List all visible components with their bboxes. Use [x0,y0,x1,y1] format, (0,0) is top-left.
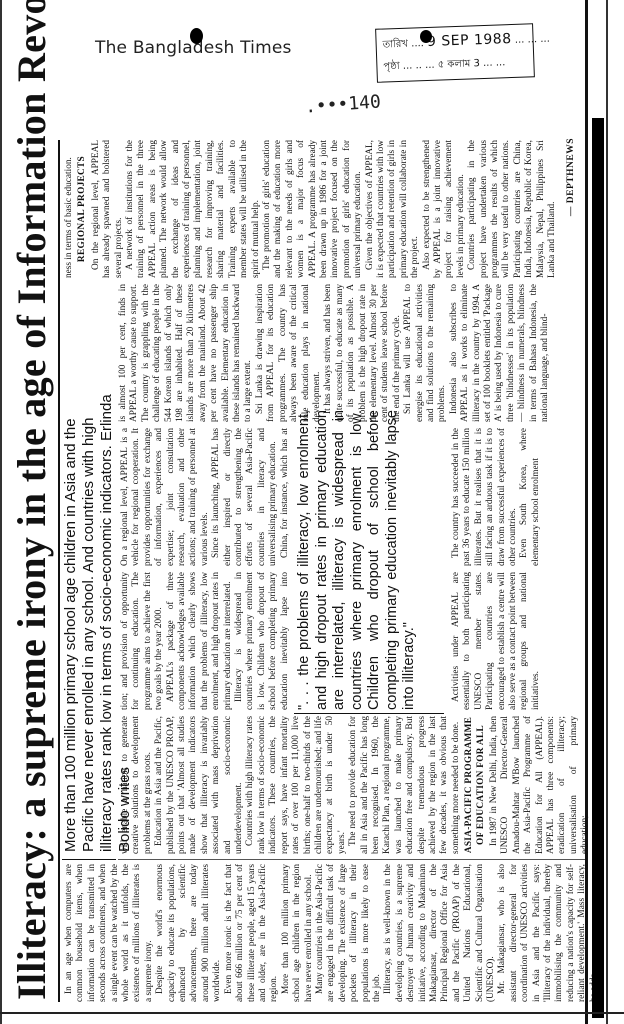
paragraph: Activities under APPEAL are essentially … [451,572,542,710]
paragraph: Also expected to be strengthened by APPE… [422,140,468,278]
paragraph: In an age when computers are common hous… [64,864,155,1002]
paragraph: It has always striven, and has been quit… [323,284,403,422]
stamp-page-row: পৃষ্ঠা ... .. ... ৫ কলাম 3 ... ... [383,55,505,76]
paragraph: is almost 100 per cent, finds in APPEAL … [118,284,255,422]
paragraph: Education in Asia and the Pacific, publi… [154,716,245,854]
article-column-5: is almost 100 per cent, finds in APPEAL … [118,284,586,422]
paragraph: Sri Lanka is drawing inspiration from AP… [255,284,323,422]
reference-number: .•••140 [304,91,381,117]
paragraph: Sri Lanka will use APPEAL to energise it… [403,284,449,422]
paragraph: ness in terms of basic education. [64,140,75,278]
punch-hole-icon [420,30,432,43]
stamp-page-col: ৫ কলাম 3 [438,58,480,70]
stamp-date: 9 SEP 1988 [427,31,512,50]
pull-quote: ". . . the problems of illiteracy, low e… [296,410,446,710]
paper-fold-edge [606,0,608,1024]
headline-rule [58,140,60,1002]
paragraph: A network of institutions for the traini… [125,140,262,278]
paragraph: Given the objectives of APPEAL, it is ex… [365,140,422,278]
paragraph: The need to provide education for all in… [348,716,462,854]
paragraph: On the regional level, APPEAL has alread… [91,140,125,278]
article-headline: Illiteracy: a supreme irony in the age o… [8,0,55,1000]
date-stamp: তারিখ .... 9 SEP 1988 ... ... ... পৃষ্ঠা… [375,23,535,82]
stamp-date-label: তারিখ [382,39,408,51]
paragraph: The country has succeeded in the past 36… [451,428,519,566]
clipping-left-edge [0,0,2,1024]
deck-rule [62,859,116,860]
article-column-4-lower: The country has succeeded in the past 36… [451,428,586,566]
paragraph: Countries participating in the project h… [467,140,558,278]
subheading: REGIONAL PROJECTS [77,140,88,278]
article-column-2: will enable a nation to generate creativ… [120,716,585,854]
article-column-1: In an age when computers are common hous… [64,864,584,1002]
paragraph: Many countries in the Asia-Pacific are e… [315,864,383,1002]
pullquote-rule [294,713,444,714]
paper-fold-shadow [592,118,604,1018]
paragraph: Countries with high illiteracy rates ran… [245,716,348,854]
paragraph: Indonesia also subscribes to APPEAL as i… [449,284,552,422]
paragraph: More than 100 million primary school age… [281,864,315,1002]
article-column-4: On a regional level, APPEAL is a vehicle… [120,428,290,566]
paragraph: The promotion of girls' education and th… [262,140,365,278]
paragraph: In 1987 in New Delhi, India, then UNESCO… [489,716,592,854]
paragraph: Illiteracy, as is well-known in the deve… [383,864,497,1002]
paragraph: Since its launching, APPEAL has either i… [211,428,279,566]
column-rule [118,859,588,860]
stamp-page-label: পৃষ্ঠা [383,61,400,73]
paragraph: Even South Korea, where elementary schoo… [519,428,542,566]
article-credit: — DEPTHNEWS [566,138,576,216]
article: Illiteracy: a supreme irony in the age o… [6,130,591,1010]
paragraph: On a regional level, APPEAL is a vehicle… [120,428,211,566]
punch-hole-icon [190,28,203,44]
reference-number-value: 140 [348,91,382,114]
paragraph: will enable a nation to generate creativ… [120,716,154,854]
paragraph: tion; and provision of opportunity for c… [120,572,166,710]
clipping-right-edge [585,0,588,1024]
paragraph: APPEAL's package of three components ack… [166,572,234,710]
clipping-bottom-edge [0,1012,624,1014]
stamp-date-row: তারিখ .... 9 SEP 1988 ... ... ... [382,30,550,55]
paragraph: Despite the world's enormous capacity to… [155,864,223,1002]
article-column-3-lower: Activities under APPEAL are essentially … [451,572,586,710]
paragraph: China, for instance, which has at presen… [280,428,290,566]
subheading: ASIA-PACIFIC PROGRAMME OF EDUCATION FOR … [464,716,487,854]
paragraph: Illiteracy is widespread in countries wh… [234,572,290,710]
article-column-6: ness in terms of basic education. REGION… [64,140,564,278]
paragraph: Even more ironic is the fact that about … [224,864,281,1002]
article-column-3: tion; and provision of opportunity for c… [120,572,290,710]
